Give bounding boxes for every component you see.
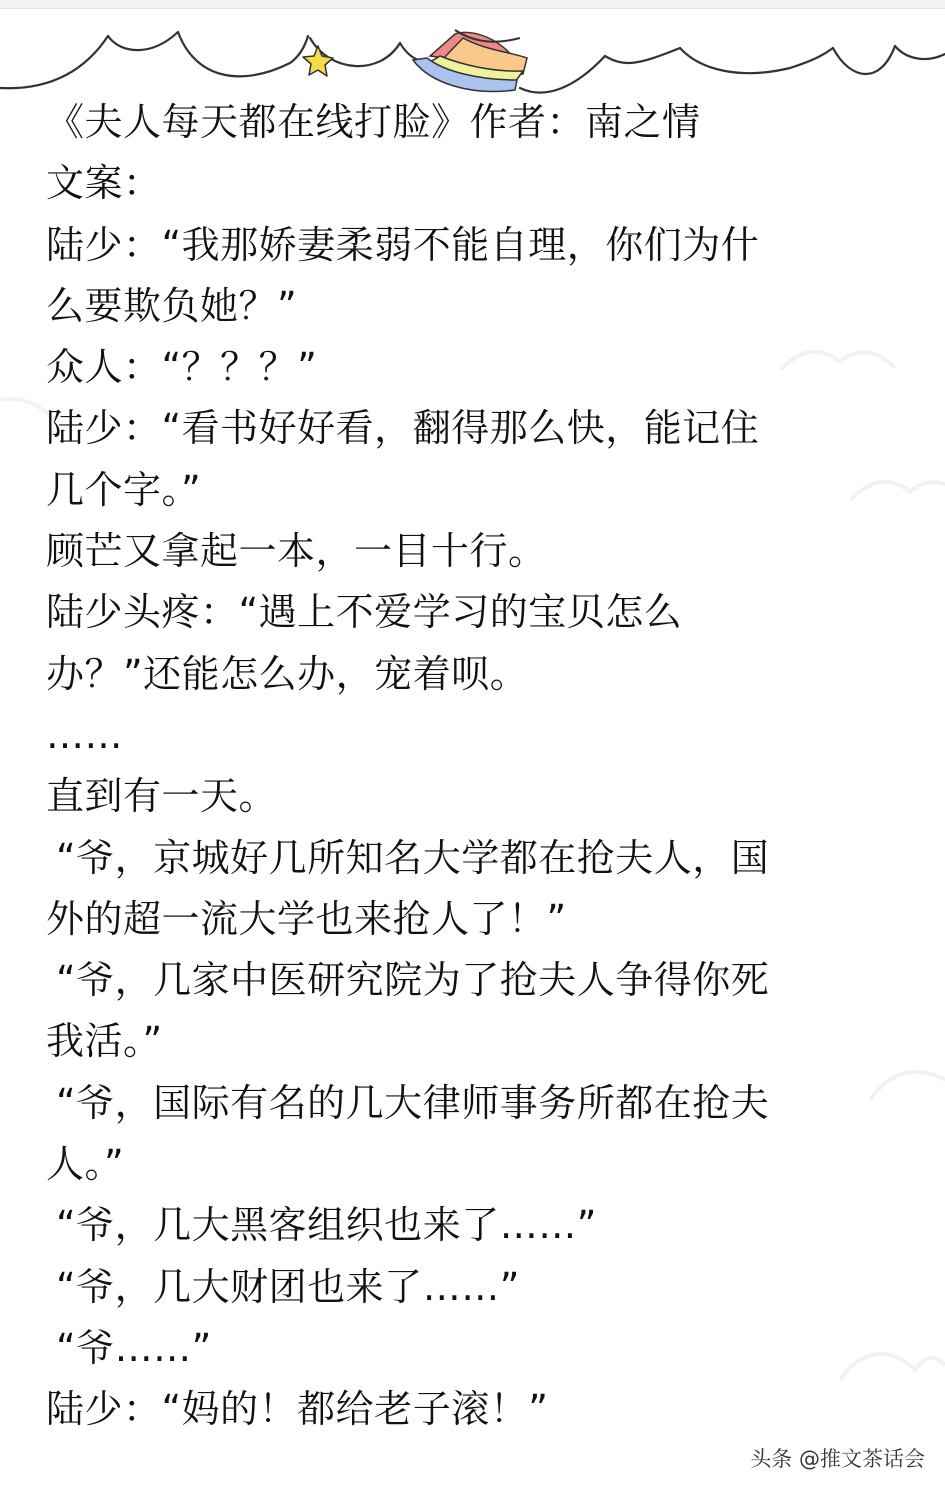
text-line: 人。”	[46, 1134, 906, 1195]
text-line: 陆少：“我那娇妻柔弱不能自理，你们为什	[46, 215, 906, 276]
text-line: 顾芒又拿起一本，一目十行。	[46, 521, 906, 582]
text-line: 几个字。”	[46, 460, 906, 521]
text-line: 陆少头疼：“遇上不爱学习的宝贝怎么	[46, 582, 906, 643]
synopsis-label: 文案：	[46, 153, 906, 214]
text-line: 我活。”	[46, 1011, 906, 1072]
text-line: “爷，几大黑客组织也来了……”	[56, 1195, 906, 1256]
text-line: 外的超一流大学也来抢人了！”	[46, 889, 906, 950]
text-line: “爷，国际有名的几大律师事务所都在抢夫	[56, 1073, 906, 1134]
cloud-border-decoration	[0, 8, 945, 98]
text-line: “爷……”	[56, 1318, 906, 1379]
synopsis-text-block: 《夫人每天都在线打脸》作者：南之情 文案： 陆少：“我那娇妻柔弱不能自理，你们为…	[46, 92, 906, 1441]
ellipsis-separator: ……	[46, 705, 906, 766]
source-watermark: 头条 @推文茶话会	[750, 1443, 925, 1473]
text-line: 众人：“？？？”	[46, 337, 906, 398]
star-icon	[303, 46, 333, 76]
text-line: 陆少：“妈的！都给老子滚！”	[46, 1379, 906, 1440]
text-line: “爷，京城好几所知名大学都在抢夫人，国	[56, 828, 906, 889]
text-line: 办？”还能怎么办，宠着呗。	[46, 644, 906, 705]
text-line: “爷，几大财团也来了……”	[56, 1257, 906, 1318]
text-line: 么要欺负她？”	[46, 276, 906, 337]
text-line: 陆少：“看书好好看，翻得那么快，能记住	[46, 398, 906, 459]
book-title-author-line: 《夫人每天都在线打脸》作者：南之情	[46, 92, 906, 153]
text-line: “爷，几家中医研究院为了抢夫人争得你死	[56, 950, 906, 1011]
rainbow-icon	[413, 30, 527, 91]
text-line: 直到有一天。	[46, 766, 906, 827]
